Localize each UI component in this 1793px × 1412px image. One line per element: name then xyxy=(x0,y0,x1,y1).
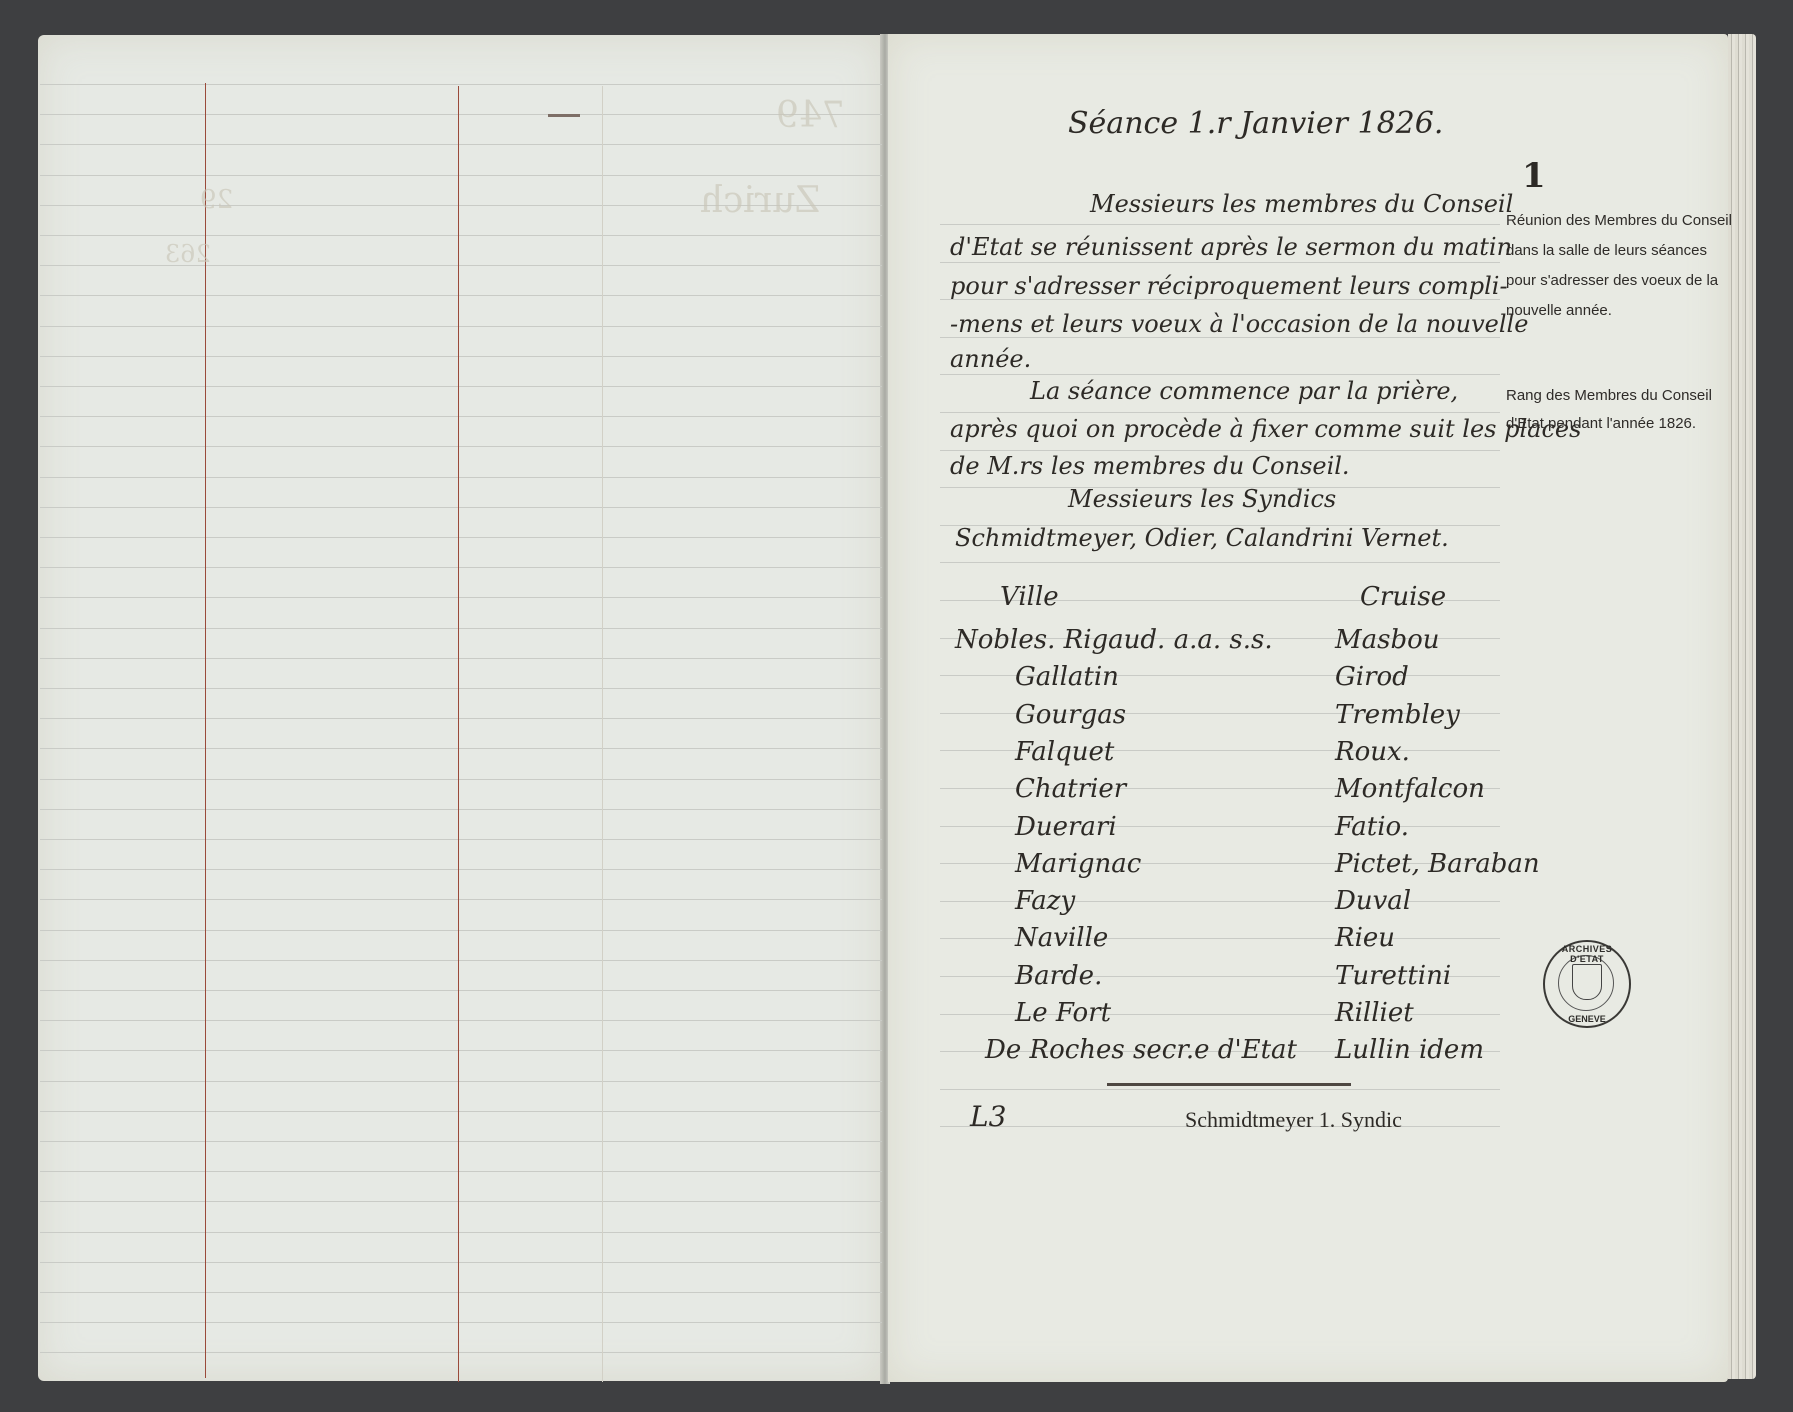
folio-number: 1 xyxy=(1522,156,1546,196)
left-page-rule-line xyxy=(40,1141,882,1142)
member-cruise: Rilliet xyxy=(1335,998,1414,1028)
geneva-coat-of-arms-icon xyxy=(1572,964,1602,1000)
member-cruise: Masbou xyxy=(1335,625,1440,655)
left-page-rule-line xyxy=(40,809,882,810)
right-page-rule-line xyxy=(940,412,1500,413)
member-ville: De Roches secr.e d'Etat xyxy=(985,1035,1297,1065)
member-ville: Barde. xyxy=(1015,961,1102,991)
paragraph-line: d'Etat se réunissent après le sermon du … xyxy=(950,233,1512,261)
bleed-through-text: 749 xyxy=(776,95,845,136)
left-column-rule-3 xyxy=(602,86,603,1382)
member-ville: Nobles. Rigaud. a.a. s.s. xyxy=(955,625,1273,655)
left-page-rule-line xyxy=(40,326,882,327)
left-page-rule-line xyxy=(40,1232,882,1233)
margin-note-text: Rang des Membres du Conseil d'Etat penda… xyxy=(1506,387,1712,432)
left-page-rule-line xyxy=(40,1050,882,1051)
margin-note-rang: Rang des Membres du Conseil d'Etat penda… xyxy=(1506,382,1734,438)
archives-geneve-stamp: ARCHIVES D'ETAT GENEVE xyxy=(1543,940,1631,1028)
member-ville: Gallatin xyxy=(1015,662,1119,692)
paraph-mark: L3 xyxy=(970,1100,1006,1133)
left-page-rule-line xyxy=(40,899,882,900)
member-cruise: Rieu xyxy=(1335,923,1395,953)
paragraph-line: pour s'adresser réciproquement leurs com… xyxy=(950,272,1508,300)
left-page-dash-mark xyxy=(548,114,580,117)
right-page-rule-line xyxy=(940,562,1500,563)
left-page-rule-line xyxy=(40,175,882,176)
left-page-rule-line xyxy=(40,1111,882,1112)
left-column-rule-1 xyxy=(205,83,206,1378)
paragraph-line: de M.rs les membres du Conseil. xyxy=(950,452,1350,480)
left-page-rule-line xyxy=(40,295,882,296)
left-page-rule-line xyxy=(40,688,882,689)
left-page-rule-line xyxy=(40,386,882,387)
right-page-rule-line xyxy=(940,1089,1500,1090)
left-page-rule-line xyxy=(40,990,882,991)
left-page-rule-line xyxy=(40,446,882,447)
left-page-rule-line xyxy=(40,1322,882,1323)
stamp-bottom-text: GENEVE xyxy=(1547,1014,1627,1024)
bleed-through-text: 29 xyxy=(200,185,233,215)
left-page-rule-line xyxy=(40,960,882,961)
member-cruise: Montfalcon xyxy=(1335,774,1485,804)
member-cruise: Girod xyxy=(1335,662,1409,692)
left-page xyxy=(38,35,883,1381)
member-ville: Chatrier xyxy=(1015,774,1126,804)
left-page-rule-line xyxy=(40,114,882,115)
member-ville: Fazy xyxy=(1015,886,1075,916)
member-ville: Falquet xyxy=(1015,737,1114,767)
left-page-rule-line xyxy=(40,537,882,538)
left-page-rule-line xyxy=(40,567,882,568)
left-page-rule-line xyxy=(40,839,882,840)
member-cruise: Fatio. xyxy=(1335,812,1409,842)
left-page-rule-line xyxy=(40,748,882,749)
left-page-rule-line xyxy=(40,597,882,598)
margin-note-reunion: Réunion des Membres du Conseil dans la s… xyxy=(1506,206,1734,326)
syndic-signature: Schmidtmeyer 1. Syndic xyxy=(1185,1107,1402,1133)
paragraph-line: Messieurs les membres du Conseil xyxy=(1090,190,1513,218)
paragraph-line: après quoi on procède à fixer comme suit… xyxy=(950,415,1581,443)
left-page-rule-line xyxy=(40,1081,882,1082)
paragraph-line: Schmidtmeyer, Odier, Calandrini Vernet. xyxy=(955,524,1449,552)
column-header-ville: Ville xyxy=(1000,582,1059,612)
member-cruise: Roux. xyxy=(1335,737,1410,767)
column-header-cruise: Cruise xyxy=(1360,582,1446,612)
member-cruise: Duval xyxy=(1335,886,1411,916)
margin-note-text: Réunion des Membres du Conseil dans la s… xyxy=(1506,212,1732,319)
left-page-rule-line xyxy=(40,477,882,478)
left-page-rule-line xyxy=(40,779,882,780)
left-page-rule-line xyxy=(40,718,882,719)
paragraph-line: année. xyxy=(950,345,1031,373)
left-column-rule-2 xyxy=(458,86,459,1382)
left-page-rule-line xyxy=(40,84,882,85)
left-page-rule-line xyxy=(40,507,882,508)
member-ville: Marignac xyxy=(1015,849,1141,879)
left-page-rule-line xyxy=(40,1352,882,1353)
left-page-rule-line xyxy=(40,628,882,629)
session-heading: Séance 1.r Janvier 1826. xyxy=(1068,106,1443,141)
left-page-rule-line xyxy=(40,1201,882,1202)
member-cruise: Pictet, Baraban xyxy=(1335,849,1540,879)
paragraph-line: Messieurs les Syndics xyxy=(1068,485,1336,513)
bleed-through-text: Zurich xyxy=(700,180,820,221)
left-page-rule-line xyxy=(40,869,882,870)
member-ville: Le Fort xyxy=(1015,998,1111,1028)
right-page-rule-line xyxy=(940,450,1500,451)
closing-divider-line xyxy=(1107,1083,1351,1086)
left-page-rule-line xyxy=(40,1020,882,1021)
left-page-rule-line xyxy=(40,1171,882,1172)
left-page-rule-line xyxy=(40,235,882,236)
right-page-rule-line xyxy=(940,262,1500,263)
member-cruise: Trembley xyxy=(1335,700,1460,730)
bleed-through-text: 263 xyxy=(165,240,211,268)
right-page-rule-line xyxy=(940,374,1500,375)
left-page-rule-line xyxy=(40,1292,882,1293)
left-page-rule-line xyxy=(40,930,882,931)
left-page-rule-line xyxy=(40,416,882,417)
left-page-rule-line xyxy=(40,1262,882,1263)
open-ledger-book: 749 Zurich 29 263 1 Séance 1.r Janvier 1… xyxy=(0,0,1793,1412)
member-cruise: Lullin idem xyxy=(1335,1035,1484,1065)
paragraph-line: -mens et leurs voeux à l'occasion de la … xyxy=(950,310,1528,338)
left-page-rule-line xyxy=(40,658,882,659)
left-page-rule-line xyxy=(40,144,882,145)
right-page-rule-line xyxy=(940,224,1500,225)
member-ville: Naville xyxy=(1015,923,1108,953)
member-cruise: Turettini xyxy=(1335,961,1451,991)
left-page-rule-line xyxy=(40,356,882,357)
stamp-top-text: ARCHIVES D'ETAT xyxy=(1547,944,1627,964)
member-ville: Gourgas xyxy=(1015,700,1126,730)
paragraph-line: La séance commence par la prière, xyxy=(1030,377,1458,405)
member-ville: Duerari xyxy=(1015,812,1117,842)
